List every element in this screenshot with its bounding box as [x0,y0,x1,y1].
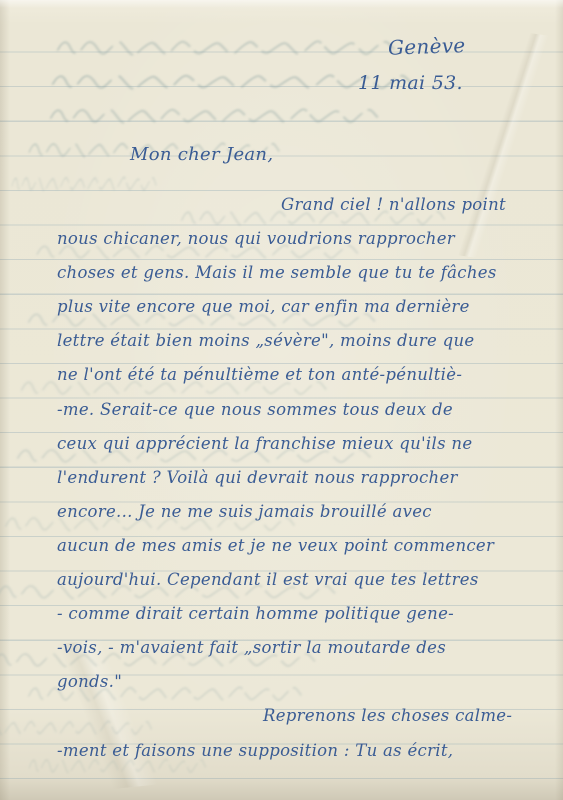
letter-line: Reprenons les choses calme- [57,699,519,733]
letter-line: plus vite encore que moi, car enfin ma d… [57,290,519,324]
letter-salutation: Mon cher Jean, [130,144,273,165]
letter-line: aucun de mes amis et je ne veux point co… [57,529,519,563]
letter-line: lettre était bien moins „sévère", moins … [57,324,519,358]
paper-edge-top [0,0,563,8]
letter-line: choses et gens. Mais il me semble que tu… [57,256,519,290]
letter-header: Genève 11 mai 53. [358,28,518,102]
letter-line: l'endurent ? Voilà qui devrait nous rapp… [57,461,519,495]
paper-edge-left [0,0,10,800]
paper-edge-right [555,0,563,800]
letter-line: -me. Serait-ce que nous sommes tous deux… [57,393,519,427]
letter-line: - comme dirait certain homme politique g… [57,597,519,631]
letter-line: encore... Je ne me suis jamais brouillé … [57,495,519,529]
letter-place: Genève [357,25,518,68]
letter-body: Grand ciel ! n'allons point nous chicane… [57,188,519,768]
letter-line: gonds." [57,665,519,699]
letter-date: 11 mai 53. [358,65,518,102]
letter-line: -vois, - m'avaient fait „sortir la mouta… [57,631,519,665]
letter-page: Genève 11 mai 53. Mon cher Jean, Grand c… [0,0,563,800]
letter-line: ne l'ont été ta pénultième et ton anté-p… [57,358,519,392]
letter-line: aujourd'hui. Cependant il est vrai que t… [57,563,519,597]
letter-line: nous chicaner, nous qui voudrions rappro… [57,222,519,256]
letter-line: -ment et faisons une supposition : Tu as… [57,734,519,768]
letter-line: Grand ciel ! n'allons point [57,188,519,222]
letter-line: ceux qui apprécient la franchise mieux q… [57,427,519,461]
